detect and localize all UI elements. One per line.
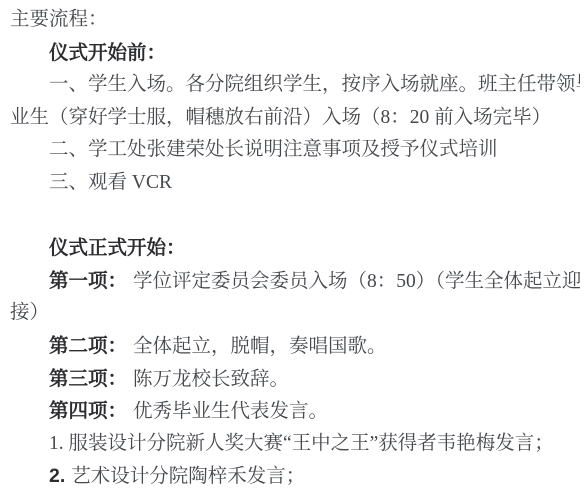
bold-text-run: 第四项：: [49, 400, 127, 422]
document-page: 主要流程：仪式开始前：一、学生入场。各分院组织学生，按序入场就座。班主任带领毕业…: [0, 0, 586, 496]
text-line: 仪式开始前：: [10, 37, 580, 70]
text-line: 主要流程：: [10, 4, 580, 37]
text-line: 第二项：全体起立，脱帽，奏唱国歌。: [10, 330, 580, 363]
bold-text-run: 仪式正式开始：: [49, 237, 186, 259]
text-line: 第四项：优秀毕业生代表发言。: [10, 395, 580, 428]
document-body: 主要流程：仪式开始前：一、学生入场。各分院组织学生，按序入场就座。班主任带领毕业…: [10, 4, 580, 493]
text-line: 一、学生入场。各分院组织学生，按序入场就座。班主任带领毕: [10, 69, 580, 102]
body-text-run: 艺术设计分院陶梓禾发言；: [71, 466, 305, 487]
bold-text-run: 第三项：: [49, 368, 127, 390]
text-line: 第三项：陈万龙校长致辞。: [10, 363, 580, 396]
body-text-run: 业生（穿好学士服，帽穗放右前沿）入场（8：20 前入场完毕）: [10, 107, 551, 128]
body-text-run: 接）: [10, 302, 49, 323]
blank-line: [10, 200, 580, 233]
text-line: 业生（穿好学士服，帽穗放右前沿）入场（8：20 前入场完毕）: [10, 102, 580, 135]
text-line: 第一项：学位评定委员会委员入场（8：50）（学生全体起立迎: [10, 265, 580, 298]
text-line: 三、观看 VCR: [10, 167, 580, 200]
body-text-run: 优秀毕业生代表发言。: [133, 401, 328, 422]
text-line: 仪式正式开始：: [10, 232, 580, 265]
body-text-run: 全体起立，脱帽，奏唱国歌。: [133, 336, 387, 357]
text-line: 二、学工处张建荣处长说明注意事项及授予仪式培训: [10, 134, 580, 167]
body-text-run: 学位评定委员会委员入场（8：50）（学生全体起立迎: [133, 271, 580, 292]
body-text-run: 陈万龙校长致辞。: [133, 369, 289, 390]
body-text-run: 一、学生入场。各分院组织学生，按序入场就座。班主任带领毕: [49, 74, 580, 95]
body-text-run: 1. 服装设计分院新人奖大赛“王中之王”获得者韦艳梅发言；: [49, 433, 554, 454]
body-text-run: 主要流程：: [10, 9, 108, 30]
bold-text-run: 2.: [49, 465, 65, 487]
body-text-run: 三、观看 VCR: [49, 172, 172, 193]
text-line: 1. 服装设计分院新人奖大赛“王中之王”获得者韦艳梅发言；: [10, 428, 580, 461]
text-line: 2.艺术设计分院陶梓禾发言；: [10, 460, 580, 493]
bold-text-run: 仪式开始前：: [49, 42, 166, 64]
bold-text-run: 第一项：: [49, 270, 127, 292]
text-line: 接）: [10, 297, 580, 330]
bold-text-run: 第二项：: [49, 335, 127, 357]
body-text-run: 二、学工处张建荣处长说明注意事项及授予仪式培训: [49, 139, 498, 160]
